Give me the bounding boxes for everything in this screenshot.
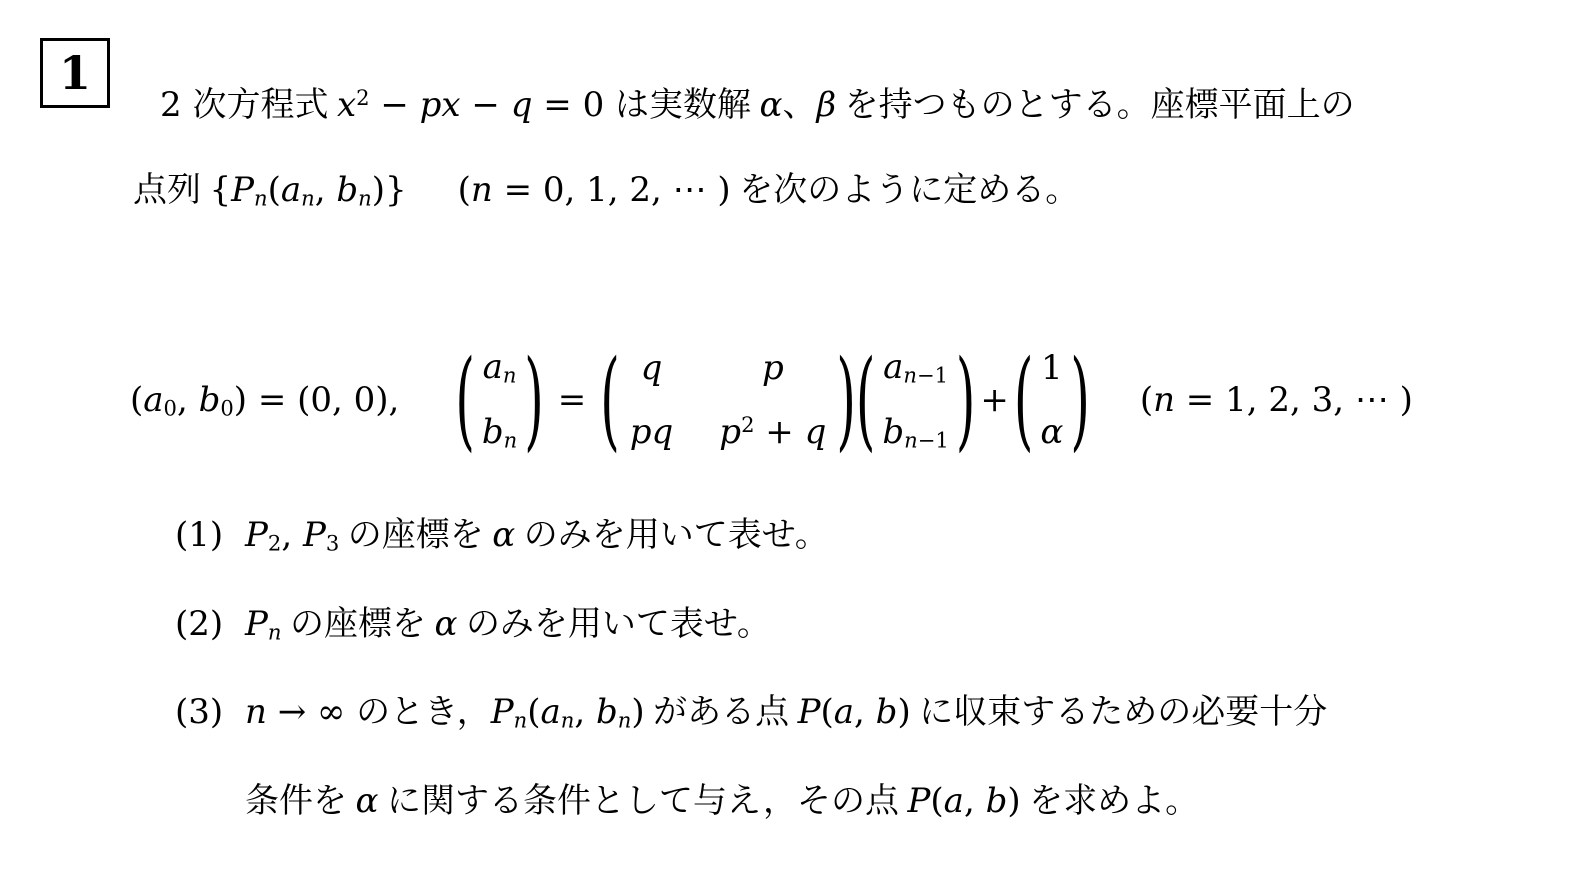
question-1-text: P2, P3 の座標を α のみを用いて表せ。 — [245, 495, 829, 584]
right-paren: ) — [524, 346, 544, 454]
question-3-line-1: n → ∞ のとき，Pn(an, bn) がある点 P(a, b) に収束するた… — [245, 672, 1327, 761]
coefficient-matrix: ( q p pq p2 + q ) — [600, 348, 856, 452]
right-paren: ) — [1070, 346, 1090, 454]
plus-sign: + — [980, 380, 1009, 420]
left-paren: ( — [600, 346, 620, 454]
constant-vector-row2: α — [1040, 412, 1063, 452]
constant-vector: ( 1 α ) — [1014, 348, 1090, 452]
rhs-vector-entries: an−1 bn−1 — [875, 347, 955, 452]
question-3-label: (3) — [175, 672, 245, 842]
problem-statement: 2 次方程式 x2 − px − q = 0 は実数解 α、β を持つものとする… — [133, 52, 1355, 236]
statement-line-1: 2 次方程式 x2 − px − q = 0 は実数解 α、β を持つものとする… — [133, 52, 1355, 144]
rhs-vector: ( an−1 bn−1 ) — [856, 347, 975, 452]
initial-condition: (a0, b0) = (0, 0), — [130, 380, 399, 421]
matrix-cell-r2c1: pq — [630, 412, 674, 452]
constant-vector-row1: 1 — [1041, 348, 1063, 388]
lhs-vector-row1: an — [483, 347, 517, 388]
matrix-cell-r1c2: p — [762, 348, 784, 388]
constant-vector-entries: 1 α — [1033, 348, 1070, 452]
question-3-line-2: 条件を α に関する条件として与え，その点 P(a, b) を求めよ。 — [245, 761, 1327, 842]
index-range-note: (n = 1, 2, 3, ⋯ ) — [1140, 380, 1413, 420]
question-2-label: (2) — [175, 584, 245, 673]
problem-number-box: 1 — [40, 38, 110, 108]
recurrence-equation: (a0, b0) = (0, 0), ( an bn ) = ( q p pq … — [130, 330, 1550, 470]
matrix-cell-r2c2: p2 + q — [719, 412, 826, 452]
matrix-cell-r1c1: q — [641, 348, 663, 388]
problem-number: 1 — [59, 46, 91, 100]
lhs-vector-entries: an bn — [475, 347, 524, 452]
question-1: (1) P2, P3 の座標を α のみを用いて表せ。 — [175, 495, 1327, 584]
equals-sign: = — [558, 380, 587, 420]
left-paren: ( — [455, 346, 475, 454]
rhs-vector-row2: bn−1 — [882, 412, 948, 453]
question-2: (2) Pn の座標を α のみを用いて表せ。 — [175, 584, 1327, 673]
left-paren: ( — [1014, 346, 1034, 454]
question-list: (1) P2, P3 の座標を α のみを用いて表せ。 (2) Pn の座標を … — [175, 495, 1327, 842]
lhs-vector-row2: bn — [482, 412, 517, 453]
right-paren: ) — [836, 346, 856, 454]
question-3-text: n → ∞ のとき，Pn(an, bn) がある点 P(a, b) に収束するた… — [245, 672, 1327, 842]
rhs-vector-row1: an−1 — [883, 347, 948, 388]
matrix-entries: q p pq p2 + q — [620, 348, 837, 452]
question-3: (3) n → ∞ のとき，Pn(an, bn) がある点 P(a, b) に収… — [175, 672, 1327, 842]
statement-line-2: 点列 {Pn(an, bn)} (n = 0, 1, 2, ⋯ ) を次のように… — [133, 144, 1355, 236]
left-paren: ( — [856, 346, 876, 454]
math-problem-page: 1 2 次方程式 x2 − px − q = 0 は実数解 α、β を持つものと… — [0, 0, 1588, 883]
lhs-vector: ( an bn ) — [455, 347, 543, 452]
question-2-text: Pn の座標を α のみを用いて表せ。 — [245, 584, 771, 673]
question-1-label: (1) — [175, 495, 245, 584]
right-paren: ) — [956, 346, 976, 454]
